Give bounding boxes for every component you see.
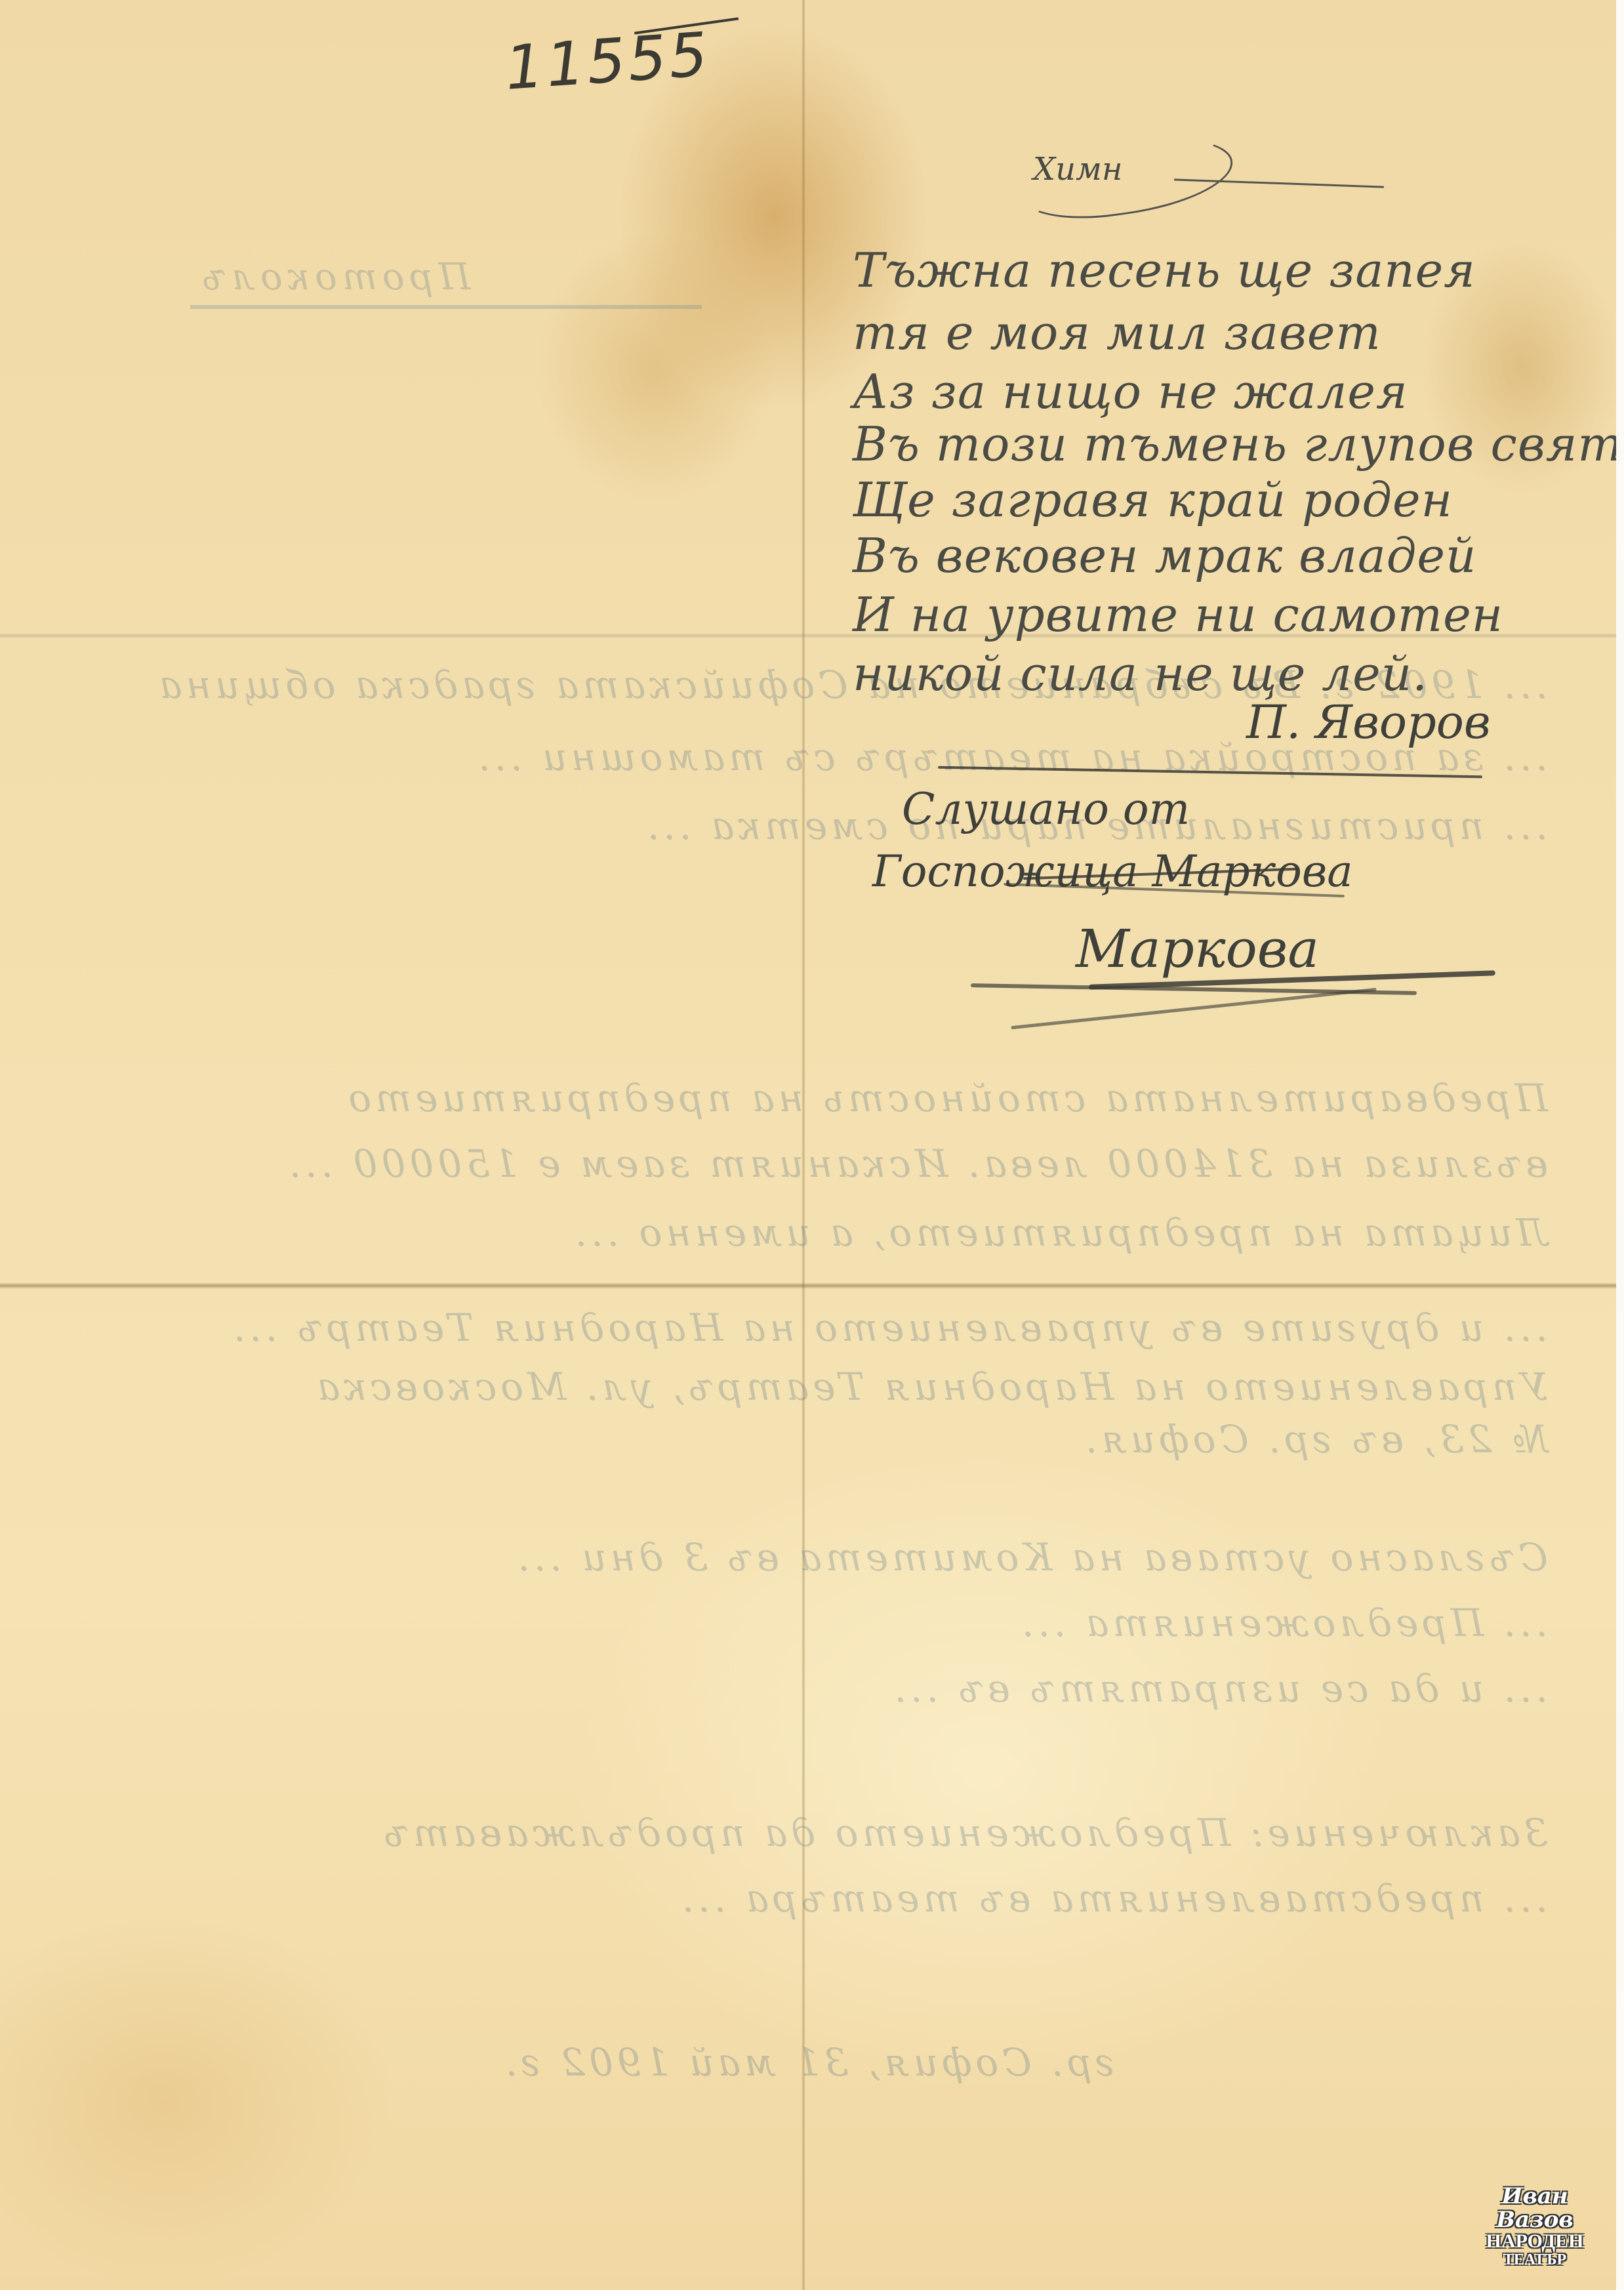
scan-edge: [1616, 0, 1624, 2290]
bleed-through-line: Заключение: Предложението да продължават…: [39, 1810, 1548, 1855]
bleed-through-heading-underline: [190, 305, 702, 309]
bleed-through-heading: Протоколъ: [197, 256, 470, 298]
bleed-through-line: Съгласно устава на Комитета въ 3 дни ...: [39, 1535, 1548, 1580]
bleed-through-line: ... пристигналите пари по сметка ...: [39, 804, 1548, 848]
national-theatre-logo: Иван Вазов НАРОДЕН ТЕАТЪР: [1479, 2184, 1591, 2268]
poem-line: Въ вековен мрак владей: [853, 528, 1476, 583]
bleed-through-line: ... и другите въ управлението на Народни…: [39, 1305, 1548, 1350]
logo-script: Иван Вазов: [1479, 2184, 1591, 2232]
poem-line: Ще загравя край роден: [853, 472, 1453, 527]
poem-line: тя е моя мил завет: [853, 305, 1381, 360]
bleed-through-line: № 23, въ гр. София.: [39, 1417, 1548, 1462]
bleed-through-line: ... и да се изпратятъ въ ...: [39, 1666, 1548, 1711]
note-line-heard-from: Слушано от: [902, 784, 1190, 834]
bleed-through-line: възлиза на 314000 лева. Исканият заем е …: [39, 1141, 1548, 1186]
poem-line: Аз за нищо не жалея: [853, 364, 1408, 419]
bleed-through-line: Предварителната стойность на предприятие…: [39, 1076, 1548, 1120]
logo-line-1: НАРОДЕН: [1479, 2232, 1591, 2251]
bleed-through-line: ... представленията въ театъра ...: [39, 1876, 1548, 1921]
poem-line: Въ този тъмень глупов свят: [853, 417, 1623, 472]
author-signature: П. Яворов: [1246, 695, 1491, 749]
horizontal-fold-crease-lower: [0, 1282, 1624, 1289]
bleed-through-line: Лицата на предприятието, а именно ...: [39, 1210, 1548, 1255]
bleed-through-date-line: гр. София, 31 май 1902 г.: [459, 2040, 1115, 2085]
poem-line: Тъжна песень ще запея: [853, 243, 1476, 298]
bleed-through-line: Управлението на Народния Театръ, ул. Мос…: [39, 1364, 1548, 1409]
archive-number: 11555: [503, 19, 712, 104]
logo-line-2: ТЕАТЪР: [1479, 2251, 1591, 2268]
poem-title: Химн: [1033, 151, 1123, 188]
note-name: Маркова: [1076, 918, 1319, 979]
bleed-through-line: ... Предложенията ...: [39, 1601, 1548, 1645]
poem-line: И на урвите ни самотен: [853, 587, 1503, 642]
poem-line: никой сила не ще лей.: [853, 646, 1428, 701]
